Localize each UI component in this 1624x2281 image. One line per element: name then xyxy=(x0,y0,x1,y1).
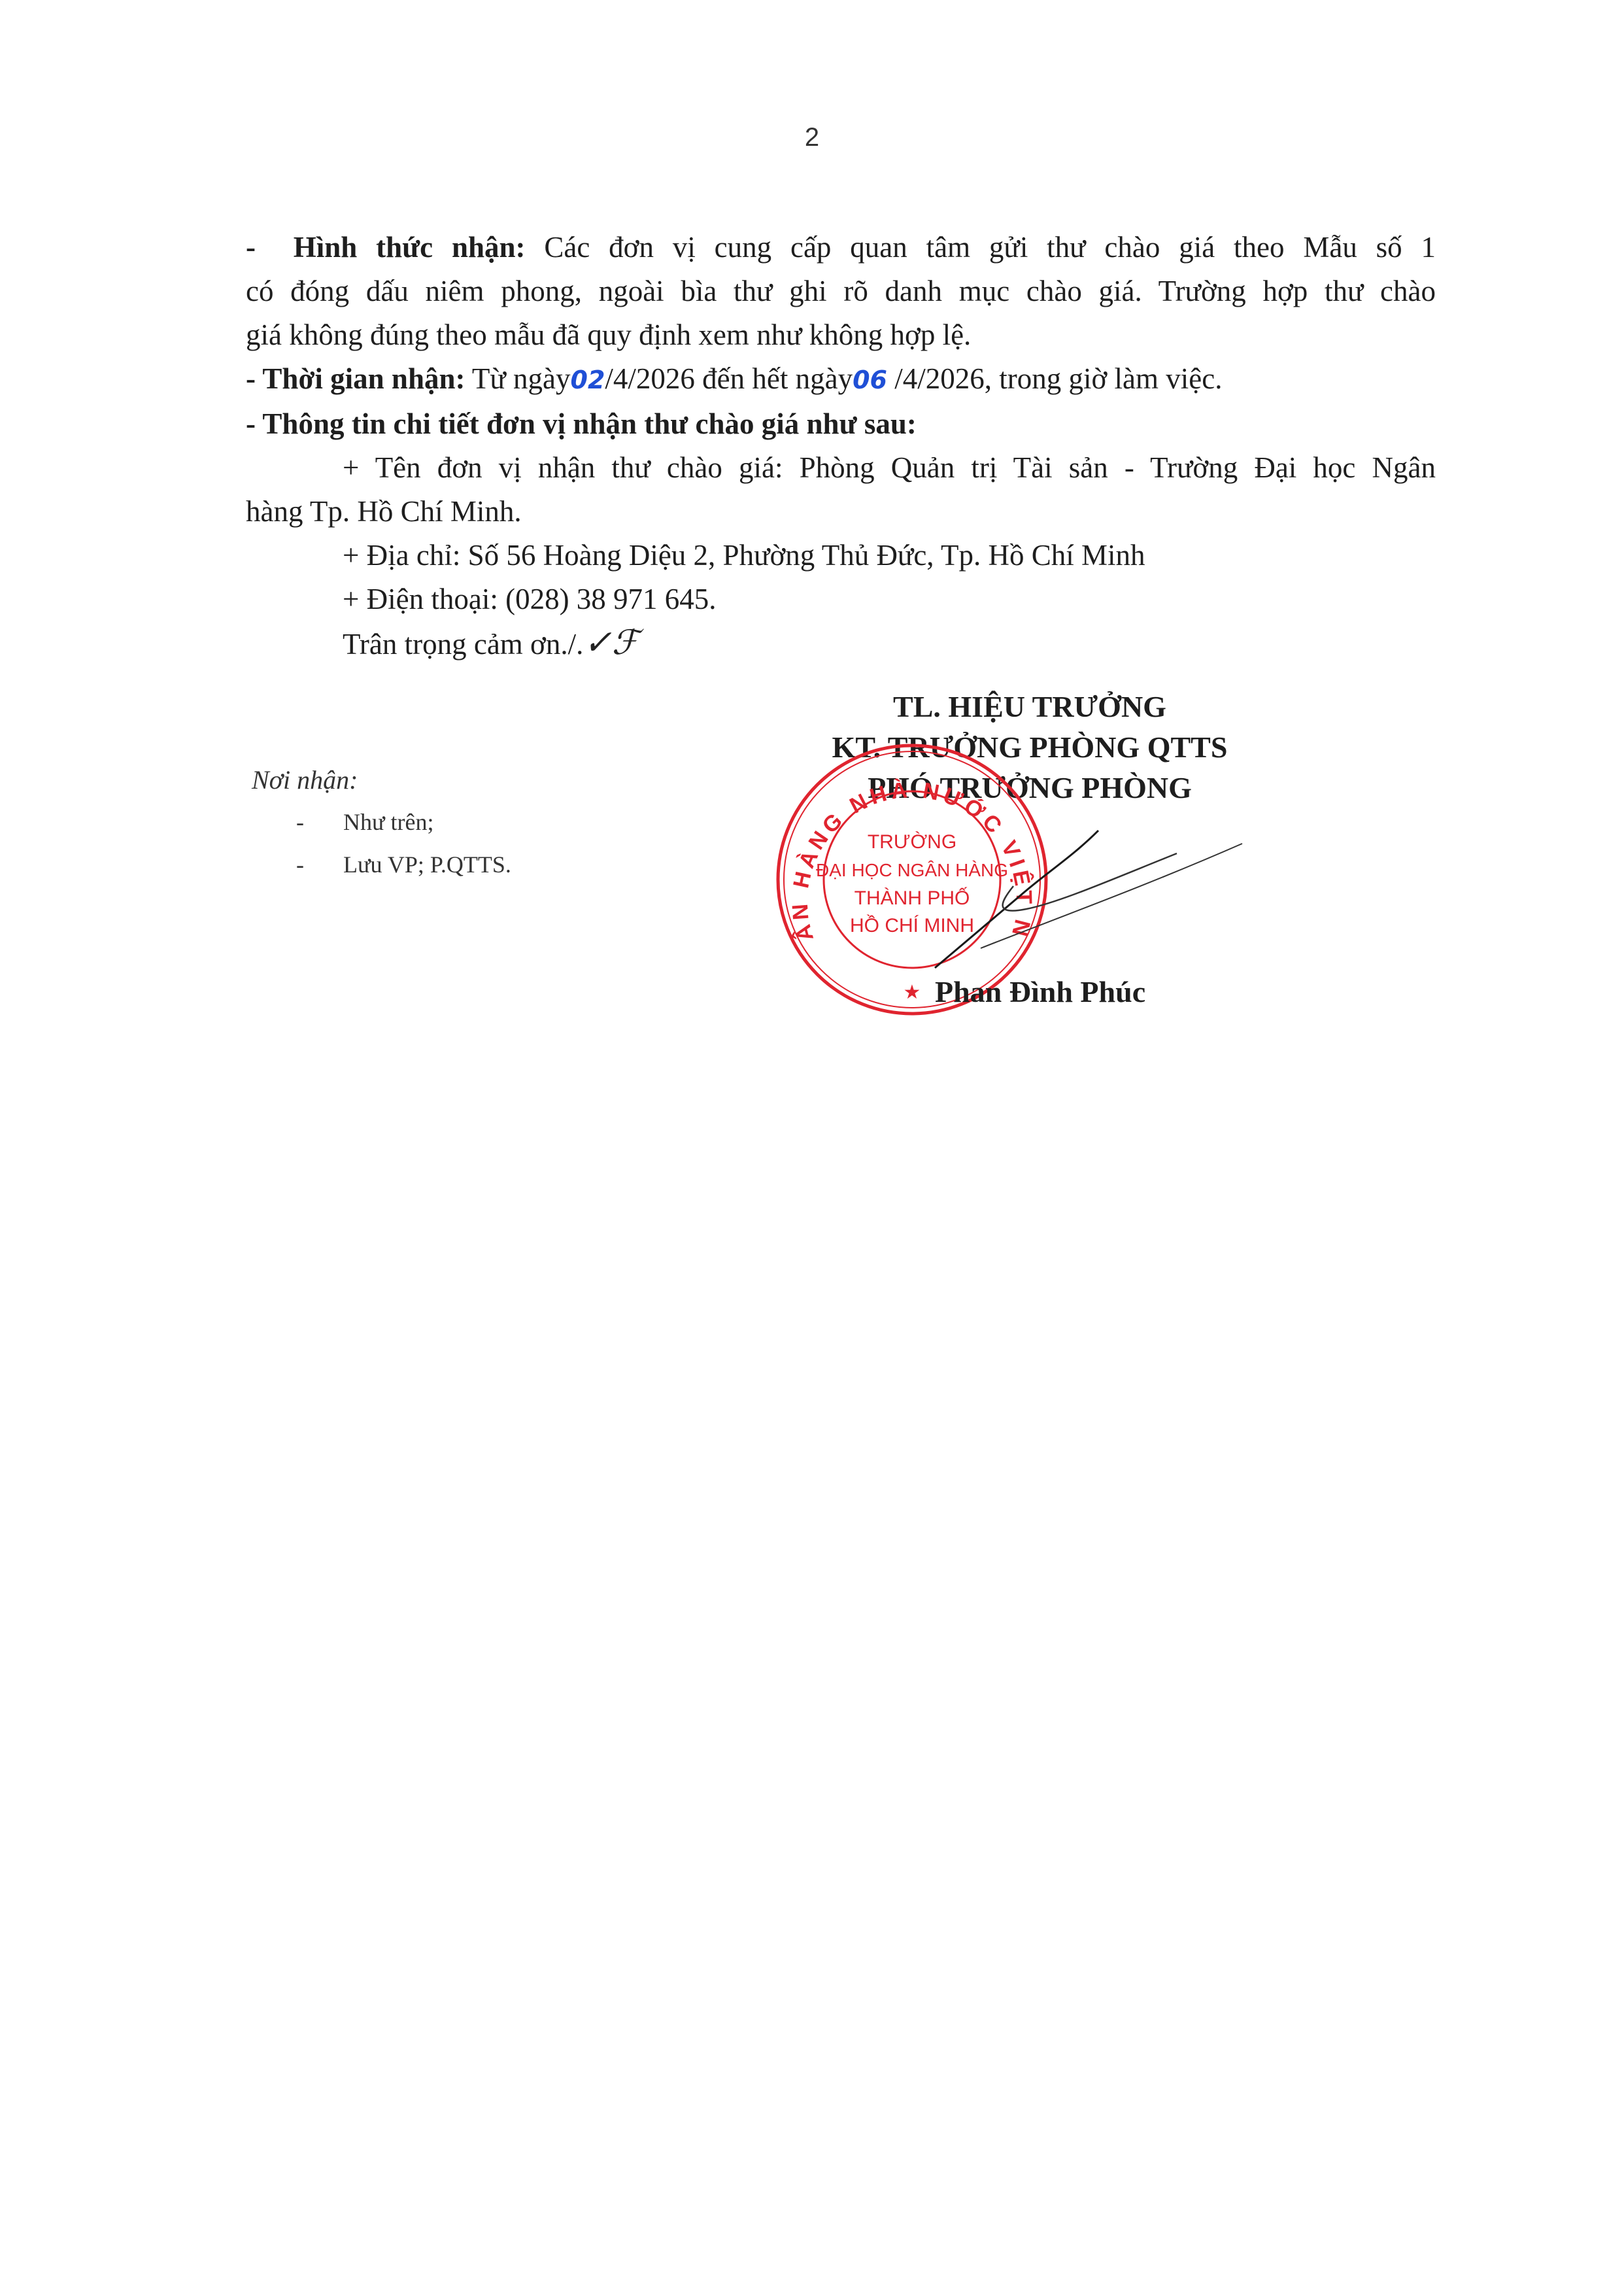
unit-name-line1: + Tên đơn vị nhận thư chào giá: Phòng Qu… xyxy=(246,446,1436,490)
unit-name-line2: hàng Tp. Hồ Chí Minh. xyxy=(246,490,1436,534)
receive-method-line3: giá không đúng theo mẫu đã quy định xem … xyxy=(246,313,1436,357)
receive-time-start-rest: /4/2026 đến hết ngày xyxy=(605,362,853,395)
signature-title-1: TL. HIỆU TRƯỞNG xyxy=(752,687,1308,727)
closing-line: Trân trọng cảm ơn./.✓ℱ xyxy=(246,621,1436,666)
receive-method-line2: có đóng dấu niêm phong, ngoài bìa thư gh… xyxy=(246,269,1436,313)
receive-time-end-rest: /4/2026, trong giờ làm việc. xyxy=(887,362,1222,395)
address-line: + Địa chỉ: Số 56 Hoàng Diệu 2, Phường Th… xyxy=(246,534,1436,577)
recipient-item: - Lưu VP; P.QTTS. xyxy=(252,844,511,886)
recipients-title: Nơi nhận: xyxy=(252,759,511,801)
recipient-item: - Như trên; xyxy=(252,801,511,844)
receive-time-label: - Thời gian nhận: xyxy=(246,362,465,395)
recipients-block: Nơi nhận: - Như trên; - Lưu VP; P.QTTS. xyxy=(252,759,511,886)
signer-name: Phan Đình Phúc xyxy=(935,974,1145,1009)
bullet: - xyxy=(246,231,256,264)
svg-text:★: ★ xyxy=(904,982,921,1003)
closing-text: Trân trọng cảm ơn./. xyxy=(343,628,583,660)
receive-method-line1: - Hình thức nhận: Các đơn vị cung cấp qu… xyxy=(246,226,1436,269)
receive-method-text: Các đơn vị cung cấp quan tâm gửi thư chà… xyxy=(544,231,1436,264)
handwritten-signature-icon xyxy=(902,817,1255,974)
phone-line: + Điện thoại: (028) 38 971 645. xyxy=(246,577,1436,621)
receive-method-label: Hình thức nhận: xyxy=(294,231,526,264)
handwritten-end-day: 06 xyxy=(853,366,887,394)
page-number: 2 xyxy=(0,123,1624,152)
receive-time-prefix: Từ ngày xyxy=(472,362,571,395)
receive-time-line: - Thời gian nhận: Từ ngày02/4/2026 đến h… xyxy=(246,357,1436,402)
document-body: - Hình thức nhận: Các đơn vị cung cấp qu… xyxy=(246,226,1436,666)
details-heading: - Thông tin chi tiết đơn vị nhận thư chà… xyxy=(246,402,1436,446)
handwritten-start-day: 02 xyxy=(571,366,605,394)
initials-signature-icon: ✓ℱ xyxy=(583,623,638,662)
